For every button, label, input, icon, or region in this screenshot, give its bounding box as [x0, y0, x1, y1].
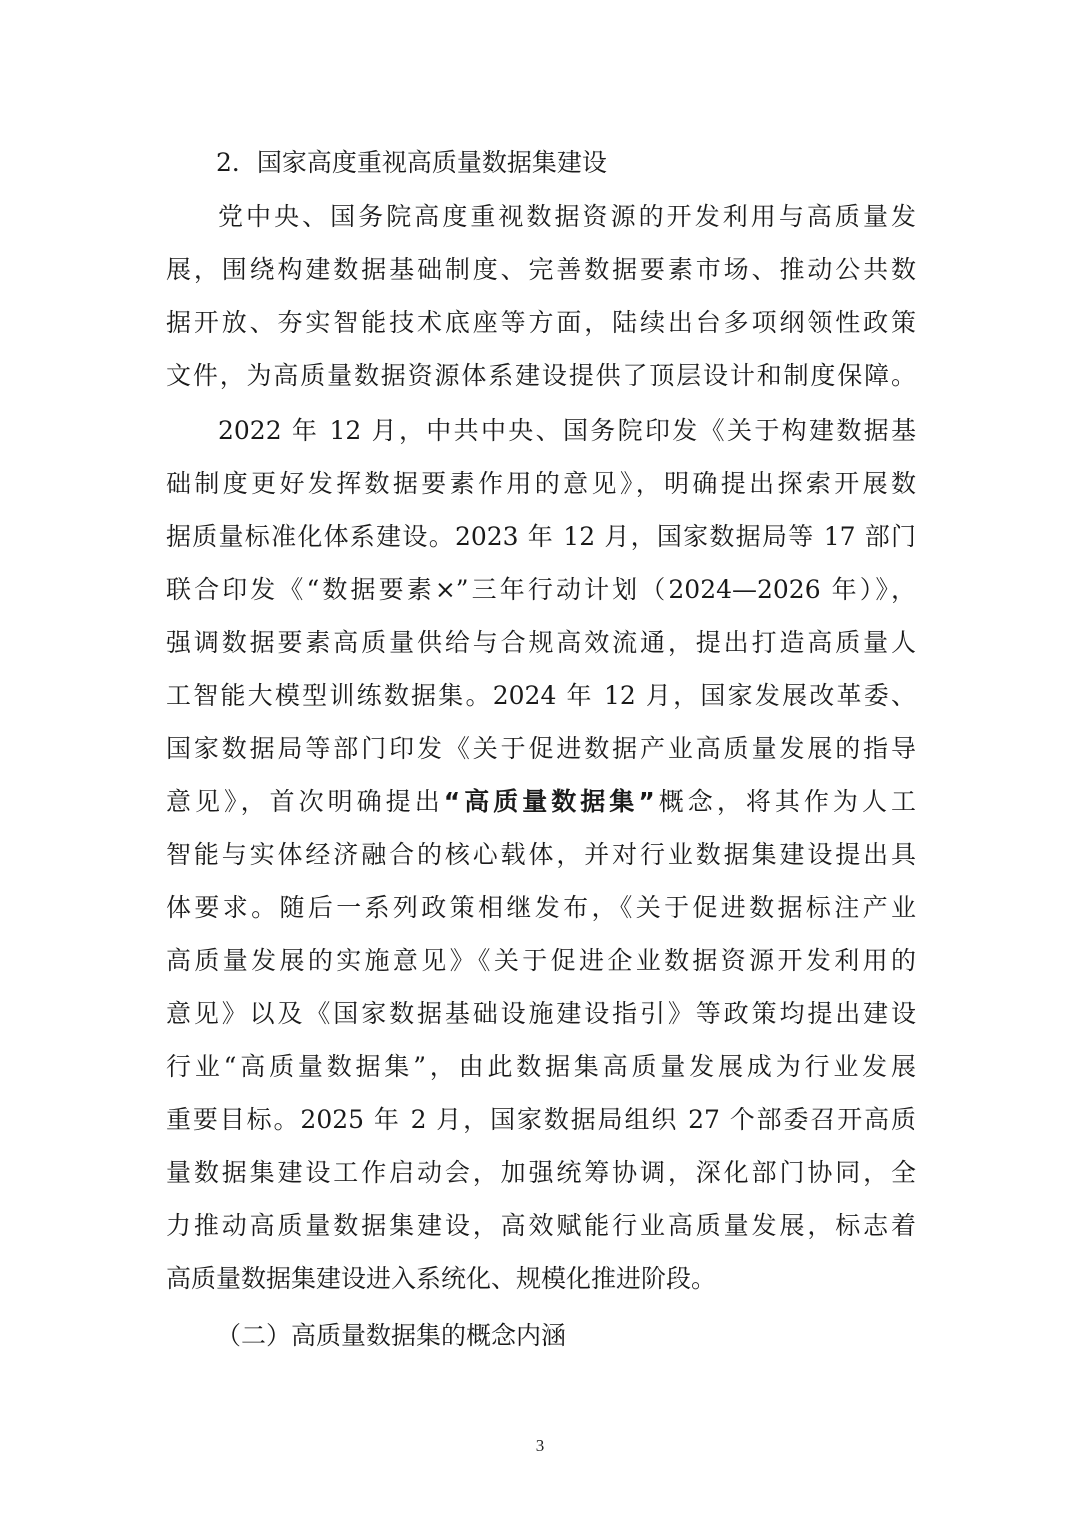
paragraph-line: 高质量数据集建设进入系统化、规模化推进阶段。 [166, 1259, 916, 1299]
paragraph-line: 高质量发展的实施意见》《关于促进企业数据资源开发利用的 [166, 941, 916, 981]
page-number: 3 [0, 1436, 1080, 1456]
text-segment: 概念，将其作为人工 [655, 787, 916, 816]
paragraph-line: 行业“高质量数据集”，由此数据集高质量发展成为行业发展 [166, 1047, 916, 1087]
paragraph-line: 文件，为高质量数据资源体系建设提供了顶层设计和制度保障。 [166, 356, 916, 396]
paragraph-line: 量数据集建设工作启动会，加强统筹协调，深化部门协同，全 [166, 1153, 916, 1193]
paragraph-line-with-bold: 意见》，首次明确提出“高质量数据集”概念，将其作为人工 [166, 782, 916, 822]
document-page: 2．国家高度重视高质量数据集建设 党中央、国务院高度重视数据资源的开发利用与高质… [0, 0, 1080, 1527]
paragraph-line: 意见》以及《国家数据基础设施建设指引》等政策均提出建设 [166, 994, 916, 1034]
subsection-heading: （二）高质量数据集的概念内涵 [216, 1316, 566, 1356]
paragraph-line: 联合印发《“数据要素×”三年行动计划（2024—2026 年）》， [166, 570, 916, 610]
bold-term: “高质量数据集” [444, 787, 655, 816]
paragraph-line: 础制度更好发挥数据要素作用的意见》，明确提出探索开展数 [166, 464, 916, 504]
paragraph-line: 强调数据要素高质量供给与合规高效流通，提出打造高质量人 [166, 623, 916, 663]
paragraph-line: 党中央、国务院高度重视数据资源的开发利用与高质量发 [218, 197, 916, 237]
paragraph-line: 据质量标准化体系建设。2023 年 12 月，国家数据局等 17 部门 [166, 517, 916, 557]
paragraph-line: 力推动高质量数据集建设，高效赋能行业高质量发展，标志着 [166, 1206, 916, 1246]
paragraph-line: 国家数据局等部门印发《关于促进数据产业高质量发展的指导 [166, 729, 916, 769]
paragraph-line: 体要求。随后一系列政策相继发布，《关于促进数据标注产业 [166, 888, 916, 928]
text-segment: 意见》，首次明确提出 [166, 787, 444, 816]
paragraph-line: 据开放、夯实智能技术底座等方面，陆续出台多项纲领性政策 [166, 303, 916, 343]
paragraph-line: 2022 年 12 月，中共中央、国务院印发《关于构建数据基 [218, 411, 916, 451]
paragraph-line: 重要目标。2025 年 2 月，国家数据局组织 27 个部委召开高质 [166, 1100, 916, 1140]
paragraph-line: 展，围绕构建数据基础制度、完善数据要素市场、推动公共数 [166, 250, 916, 290]
paragraph-line: 智能与实体经济融合的核心载体，并对行业数据集建设提出具 [166, 835, 916, 875]
paragraph-line: 工智能大模型训练数据集。2024 年 12 月，国家发展改革委、 [166, 676, 916, 716]
section-heading: 2．国家高度重视高质量数据集建设 [216, 143, 607, 183]
